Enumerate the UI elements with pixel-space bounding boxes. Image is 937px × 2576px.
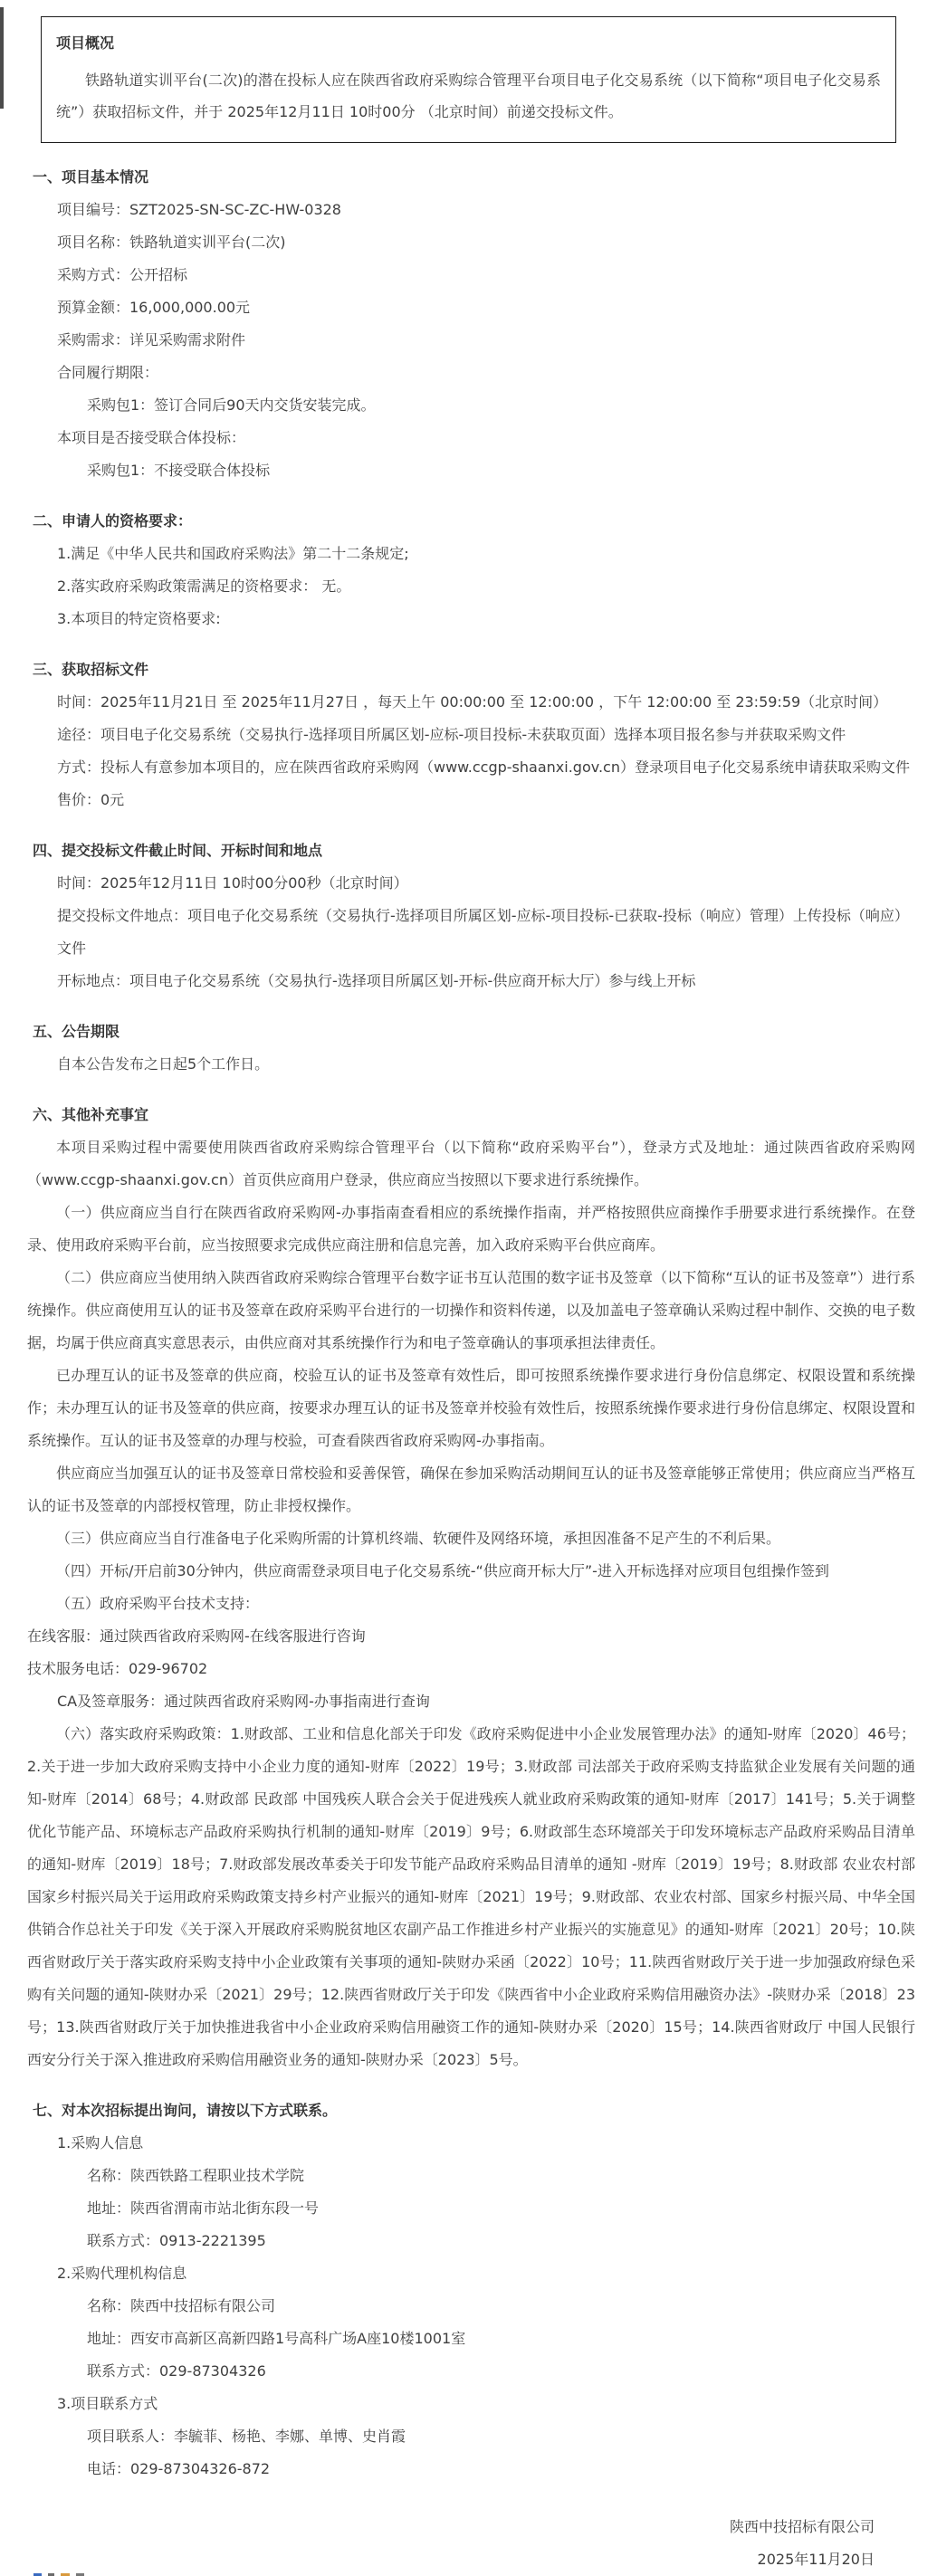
qualification-2: 2.落实政府采购政策需满足的资格要求： 无。: [27, 570, 915, 603]
project-name: 项目名称：铁路轨道实训平台(二次): [27, 226, 915, 259]
project-number: 项目编号：SZT2025-SN-SC-ZC-HW-0328: [27, 194, 915, 226]
agency-group-title: 2.采购代理机构信息: [27, 2257, 915, 2290]
contract-period-label: 合同履行期限：: [27, 357, 915, 389]
left-edge-strip: [0, 7, 4, 109]
doc-obtain-channel: 途径：项目电子化交易系统（交易执行-选择项目所属区划-应标-项目投标-未获取页面…: [27, 719, 915, 751]
purchaser-group-title: 1.采购人信息: [27, 2127, 915, 2160]
announcement-document: 项目概况 铁路轨道实训平台(二次)的潜在投标人应在陕西省政府采购综合管理平台项目…: [0, 0, 937, 2576]
support-ca-service: CA及签章服务：通过陕西省政府采购网-办事指南进行查询: [27, 1685, 915, 1718]
project-contact-phone: 电话：029-87304326-872: [27, 2453, 915, 2485]
purchaser-contact: 联系方式：0913-2221395: [27, 2225, 915, 2257]
signature-company: 陕西中技招标有限公司: [27, 2511, 875, 2543]
section-3-heading: 三、获取招标文件: [33, 654, 915, 686]
doc-price: 售价：0元: [27, 784, 915, 816]
agency-name: 名称：陕西中技招标有限公司: [27, 2290, 915, 2323]
project-contact-group-title: 3.项目联系方式: [27, 2388, 915, 2420]
overview-paragraph: 铁路轨道实训平台(二次)的潜在投标人应在陕西省政府采购综合管理平台项目电子化交易…: [56, 64, 881, 128]
supplement-item-3: （三）供应商应当自行准备电子化采购所需的计算机终端、软硬件及网络环境，承担因准备…: [27, 1522, 915, 1555]
section-1-heading: 一、项目基本情况: [33, 161, 915, 194]
supplement-item-4: （四）开标/开启前30分钟内，供应商需登录项目电子化交易系统-“供应商开标大厅”…: [27, 1555, 915, 1588]
supplement-item-2: （二）供应商应当使用纳入陕西省政府采购综合管理平台数字证书互认范围的数字证书及签…: [27, 1262, 915, 1360]
bid-deadline-time: 时间：2025年12月11日 10时00分00秒（北京时间）: [27, 867, 915, 900]
supplement-cert-keeping: 供应商应当加强互认的证书及签章日常校验和妥善保管，确保在参加采购活动期间互认的证…: [27, 1457, 915, 1522]
section-4-heading: 四、提交投标文件截止时间、开标时间和地点: [33, 835, 915, 867]
bid-submit-place: 提交投标文件地点：项目电子化交易系统（交易执行-选择项目所属区划-应标-项目投标…: [27, 900, 915, 965]
project-contact-persons: 项目联系人：李毓菲、杨艳、李娜、单博、史肖霞: [27, 2420, 915, 2453]
bid-open-place: 开标地点：项目电子化交易系统（交易执行-选择项目所属区划-开标-供应商开标大厅）…: [27, 965, 915, 997]
announcement-period: 自本公告发布之日起5个工作日。: [27, 1048, 915, 1081]
purchaser-name: 名称：陕西铁路工程职业技术学院: [27, 2160, 915, 2192]
qualification-3: 3.本项目的特定资格要求:: [27, 603, 915, 635]
signature-date: 2025年11月20日: [27, 2543, 875, 2576]
agency-address: 地址：西安市高新区高新四路1号高科广场A座10楼1001室: [27, 2323, 915, 2355]
procurement-method: 采购方式：公开招标: [27, 259, 915, 291]
section-7-heading: 七、对本次招标提出询问，请按以下方式联系。: [33, 2094, 915, 2127]
agency-contact: 联系方式：029-87304326: [27, 2355, 915, 2388]
doc-obtain-method: 方式：投标人有意参加本项目的，应在陕西省政府采购网（www.ccgp-shaan…: [27, 751, 915, 784]
section-2-heading: 二、申请人的资格要求：: [33, 505, 915, 538]
doc-obtain-time: 时间：2025年11月21日 至 2025年11月27日 ，每天上午 00:00…: [27, 686, 915, 719]
project-overview-box: 项目概况 铁路轨道实训平台(二次)的潜在投标人应在陕西省政府采购综合管理平台项目…: [41, 16, 896, 143]
consortium-bid-package1: 采购包1：不接受联合体投标: [27, 454, 915, 487]
supplement-cert-handled: 已办理互认的证书及签章的供应商，校验互认的证书及签章有效性后，即可按照系统操作要…: [27, 1360, 915, 1457]
signature-block: 陕西中技招标有限公司 2025年11月20日: [27, 2511, 915, 2576]
support-phone: 技术服务电话：029-96702: [27, 1653, 915, 1685]
supplement-item-1: （一）供应商应当自行在陕西省政府采购网-办事指南查看相应的系统操作指南，并严格按…: [27, 1197, 915, 1262]
section-6-heading: 六、其他补充事宜: [33, 1099, 915, 1131]
supplement-item-6-policy: （六）落实政府采购政策：1.财政部、工业和信息化部关于印发《政府采购促进中小企业…: [27, 1718, 915, 2076]
budget-amount: 预算金额：16,000,000.00元: [27, 291, 915, 324]
procurement-requirement: 采购需求：详见采购需求附件: [27, 324, 915, 357]
supplement-platform-intro: 本项目采购过程中需要使用陕西省政府采购综合管理平台（以下简称“政府采购平台”），…: [27, 1131, 915, 1197]
purchaser-address: 地址：陕西省渭南市站北街东段一号: [27, 2192, 915, 2225]
document-body: 一、项目基本情况 项目编号：SZT2025-SN-SC-ZC-HW-0328 项…: [0, 161, 937, 2576]
qualification-1: 1.满足《中华人民共和国政府采购法》第二十二条规定;: [27, 538, 915, 570]
support-online-service: 在线客服：通过陕西省政府采购网-在线客服进行咨询: [27, 1620, 915, 1653]
supplement-item-5: （五）政府采购平台技术支持：: [27, 1588, 915, 1620]
consortium-bid-label: 本项目是否接受联合体投标：: [27, 422, 915, 454]
overview-title: 项目概况: [56, 30, 881, 57]
section-5-heading: 五、公告期限: [33, 1016, 915, 1048]
contract-period-package1: 采购包1：签订合同后90天内交货安装完成。: [27, 389, 915, 422]
